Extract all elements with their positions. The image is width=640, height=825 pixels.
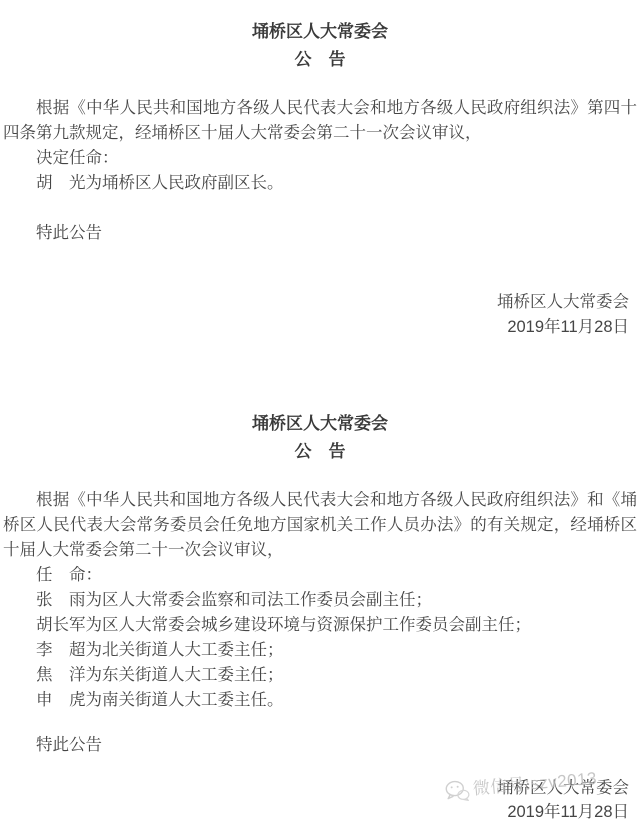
appointment-line-jiao-yang: 焦 洋为东关街道人大工委主任； bbox=[3, 663, 637, 688]
org-title-1: 埇桥区人大常委会 bbox=[3, 20, 637, 44]
notice-title-2: 公 告 bbox=[3, 440, 637, 464]
appointment-line-li-chao: 李 超为北关街道人大工委主任； bbox=[3, 638, 637, 663]
signature-org-2: 埇桥区人大常委会 bbox=[3, 776, 629, 800]
closing-statement-2: 特此公告 bbox=[3, 733, 637, 758]
announcement-2: 埇桥区人大常委会 公 告 根据《中华人民共和国地方各级人民代表大会和地方各级人民… bbox=[3, 412, 637, 824]
paragraph-basis-2: 根据《中华人民共和国地方各级人民代表大会和地方各级人民政府组织法》和《埇桥区人民… bbox=[3, 488, 637, 563]
signature-org-1: 埇桥区人大常委会 bbox=[3, 290, 629, 315]
announcement-1: 埇桥区人大常委会 公 告 根据《中华人民共和国地方各级人民代表大会和地方各级人民… bbox=[3, 20, 637, 340]
signature-block-2: 埇桥区人大常委会 2019年11月28日 bbox=[3, 776, 637, 824]
appointment-line-hu-guang: 胡 光为埇桥区人民政府副区长。 bbox=[3, 171, 637, 196]
signature-block-1: 埇桥区人大常委会 2019年11月28日 bbox=[3, 290, 637, 340]
org-title-2: 埇桥区人大常委会 bbox=[3, 412, 637, 436]
announcement-document: 埇桥区人大常委会 公 告 根据《中华人民共和国地方各级人民代表大会和地方各级人民… bbox=[0, 0, 640, 825]
paragraph-basis-1: 根据《中华人民共和国地方各级人民代表大会和地方各级人民政府组织法》第四十四条第九… bbox=[3, 96, 637, 146]
appointment-line-zhang-yu: 张 雨为区人大常委会监察和司法工作委员会副主任； bbox=[3, 588, 637, 613]
appointment-line-hu-changjun: 胡长军为区人大常委会城乡建设环境与资源保护工作委员会副主任； bbox=[3, 613, 637, 638]
notice-title-1: 公 告 bbox=[3, 48, 637, 72]
appointment-line-shen-hu: 申 虎为南关街道人大工委主任。 bbox=[3, 688, 637, 713]
closing-statement-1: 特此公告 bbox=[3, 221, 637, 246]
paragraph-decision-2: 任 命： bbox=[3, 563, 637, 588]
paragraph-decision-1: 决定任命： bbox=[3, 146, 637, 171]
signature-date-1: 2019年11月28日 bbox=[3, 315, 629, 340]
signature-date-2: 2019年11月28日 bbox=[3, 800, 629, 824]
